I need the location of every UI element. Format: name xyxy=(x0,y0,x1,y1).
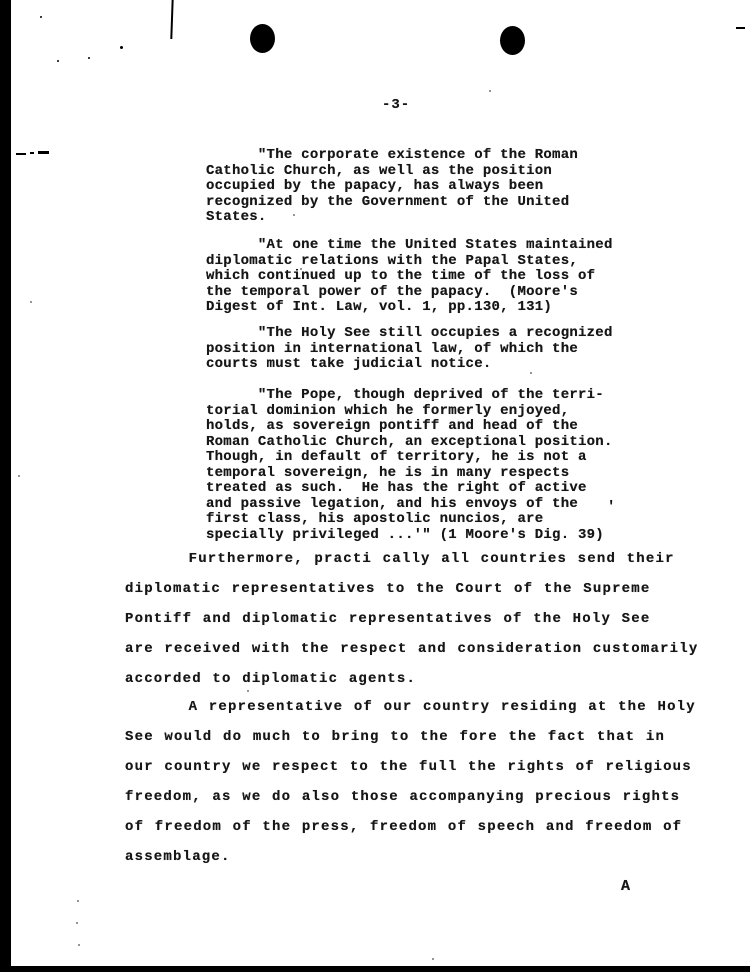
margin-dash-mark xyxy=(736,27,745,29)
quoted-paragraph-corporate-existence: "The corporate existence of the Roman Ca… xyxy=(206,148,578,226)
noise-speck xyxy=(489,90,491,92)
scan-edge-left xyxy=(0,0,11,972)
noise-speck xyxy=(78,944,80,946)
quoted-paragraph-papal-states: "At one time the United States maintaine… xyxy=(206,238,613,316)
noise-speck xyxy=(57,60,59,62)
noise-speck xyxy=(120,46,123,49)
page-number: -3- xyxy=(382,97,410,113)
body-paragraph-furthermore: Furthermore, practi cally all countries … xyxy=(125,544,698,694)
noise-speck xyxy=(30,301,32,303)
marginal-letter: A xyxy=(621,878,630,895)
noise-speck xyxy=(88,57,90,59)
noise-speck xyxy=(40,16,42,18)
scan-edge-bottom xyxy=(0,966,750,972)
scanned-document-page: -3- "The corporate existence of the Roma… xyxy=(0,0,750,972)
punch-hole-mark xyxy=(500,26,525,55)
quoted-paragraph-holy-see: "The Holy See still occupies a recognize… xyxy=(206,326,613,373)
margin-dash-mark xyxy=(38,151,49,154)
punch-hole-mark xyxy=(250,24,275,53)
noise-speck xyxy=(432,958,434,960)
pen-stroke-mark xyxy=(170,0,173,39)
body-paragraph-representative: A representative of our country residing… xyxy=(125,692,696,872)
quoted-paragraph-pope-position: "The Pope, though deprived of the terri-… xyxy=(206,388,613,543)
margin-dash-mark xyxy=(16,153,26,155)
noise-speck xyxy=(77,900,79,902)
noise-speck xyxy=(18,475,20,477)
noise-speck xyxy=(76,922,78,924)
stray-apostrophe-mark: ' xyxy=(607,499,615,515)
margin-dash-mark xyxy=(30,152,34,154)
